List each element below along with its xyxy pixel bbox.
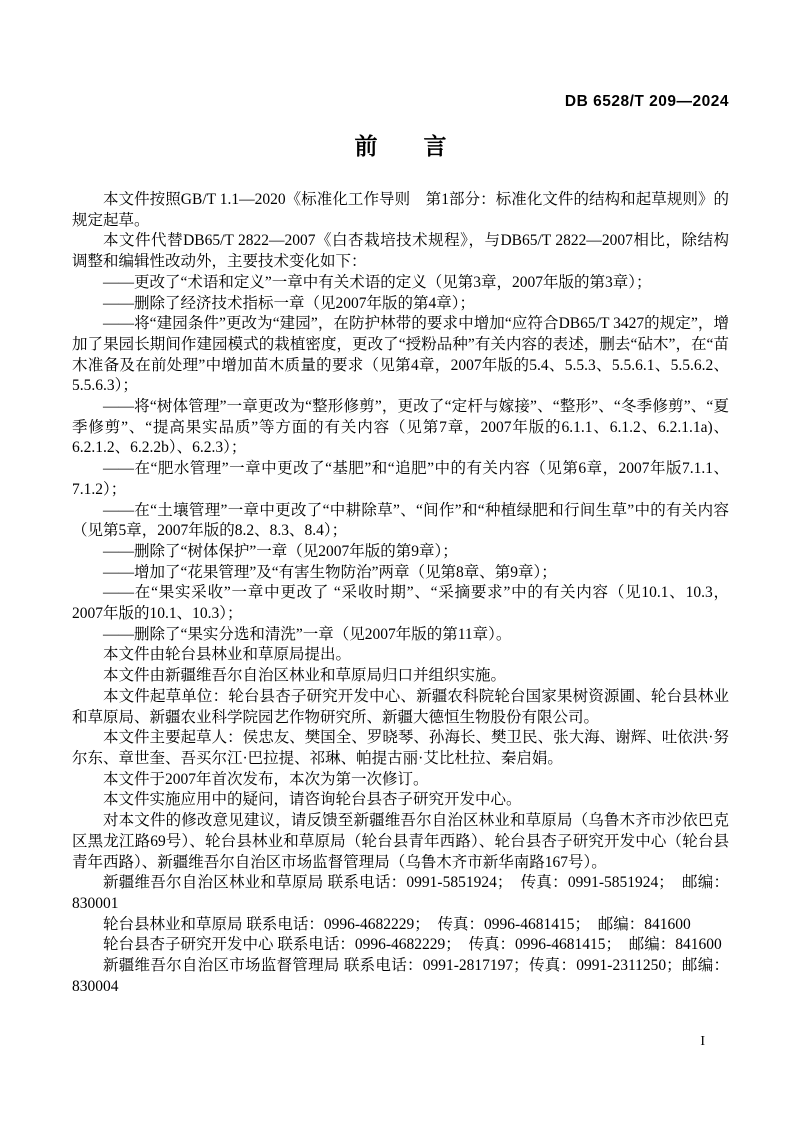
foreword-paragraph: 本文件由新疆维吾尔自治区林业和草原局归口并组织实施。 xyxy=(72,666,729,687)
foreword-paragraph: 对本文件的修改意见建议，请反馈至新疆维吾尔自治区林业和草原局（乌鲁木齐市沙依巴克… xyxy=(72,811,729,873)
foreword-change-item: ——在“果实采收”一章中更改了 “采收时期”、“采摘要求”中的有关内容（见10.… xyxy=(72,583,729,624)
foreword-change-item: ——删除了经济技术指标一章（见2007年版的第4章）； xyxy=(72,294,729,315)
foreword-change-item: ——将“树体管理”一章更改为“整形修剪”，更改了“定杆与嫁接”、“整形”、“冬季… xyxy=(72,397,729,459)
foreword-change-item: ——增加了“花果管理”及“有害生物防治”两章（见第8章、第9章）； xyxy=(72,563,729,584)
foreword-paragraph: 本文件主要起草人：侯忠友、樊国全、罗晓琴、孙海长、樊卫民、张大海、谢辉、吐依洪·… xyxy=(72,728,729,769)
foreword-change-item: ——在“肥水管理”一章中更改了“基肥”和“追肥”中的有关内容（见第6章，2007… xyxy=(72,459,729,500)
standard-number: DB 6528/T 209—2024 xyxy=(72,93,729,111)
contact-line: 新疆维吾尔自治区市场监督管理局 联系电话：0991-2817197；传真：099… xyxy=(72,956,729,997)
foreword-paragraph: 本文件实施应用中的疑问，请咨询轮台县杏子研究开发中心。 xyxy=(72,790,729,811)
page-title: 前 言 xyxy=(72,128,729,161)
contact-line: 新疆维吾尔自治区林业和草原局 联系电话：0991-5851924； 传真：099… xyxy=(72,873,729,914)
foreword-paragraph: 本文件代替DB65/T 2822—2007《白杏栽培技术规程》，与DB65/T … xyxy=(72,231,729,272)
foreword-paragraph: 本文件由轮台县林业和草原局提出。 xyxy=(72,645,729,666)
foreword-change-item: ——在“土壤管理”一章中更改了“中耕除草”、“间作”和“种植绿肥和行间生草”中的… xyxy=(72,501,729,542)
foreword-paragraph: 本文件起草单位：轮台县杏子研究开发中心、新疆农科院轮台国家果树资源圃、轮台县林业… xyxy=(72,687,729,728)
page-number: I xyxy=(700,1034,705,1050)
foreword-change-item: ——删除了“树体保护”一章（见2007年版的第9章）； xyxy=(72,542,729,563)
contact-line: 轮台县林业和草原局 联系电话：0996-4682229； 传真：0996-468… xyxy=(72,915,729,936)
foreword-body: 本文件按照GB/T 1.1—2020《标准化工作导则 第1部分：标准化文件的结构… xyxy=(72,190,729,997)
foreword-paragraph: 本文件于2007年首次发布，本次为第一次修订。 xyxy=(72,770,729,791)
foreword-change-item: ——更改了“术语和定义”一章中有关术语的定义（见第3章，2007年版的第3章）； xyxy=(72,273,729,294)
foreword-change-item: ——将“建园条件”更改为“建园”，在防护林带的要求中增加“应符合DB65/T 3… xyxy=(72,314,729,397)
foreword-change-item: ——删除了“果实分选和清洗”一章（见2007年版的第11章）。 xyxy=(72,625,729,646)
foreword-paragraph: 本文件按照GB/T 1.1—2020《标准化工作导则 第1部分：标准化文件的结构… xyxy=(72,190,729,231)
contact-line: 轮台县杏子研究开发中心 联系电话：0996-4682229； 传真：0996-4… xyxy=(72,935,729,956)
document-page: DB 6528/T 209—2024 前 言 本文件按照GB/T 1.1—202… xyxy=(0,0,793,1122)
